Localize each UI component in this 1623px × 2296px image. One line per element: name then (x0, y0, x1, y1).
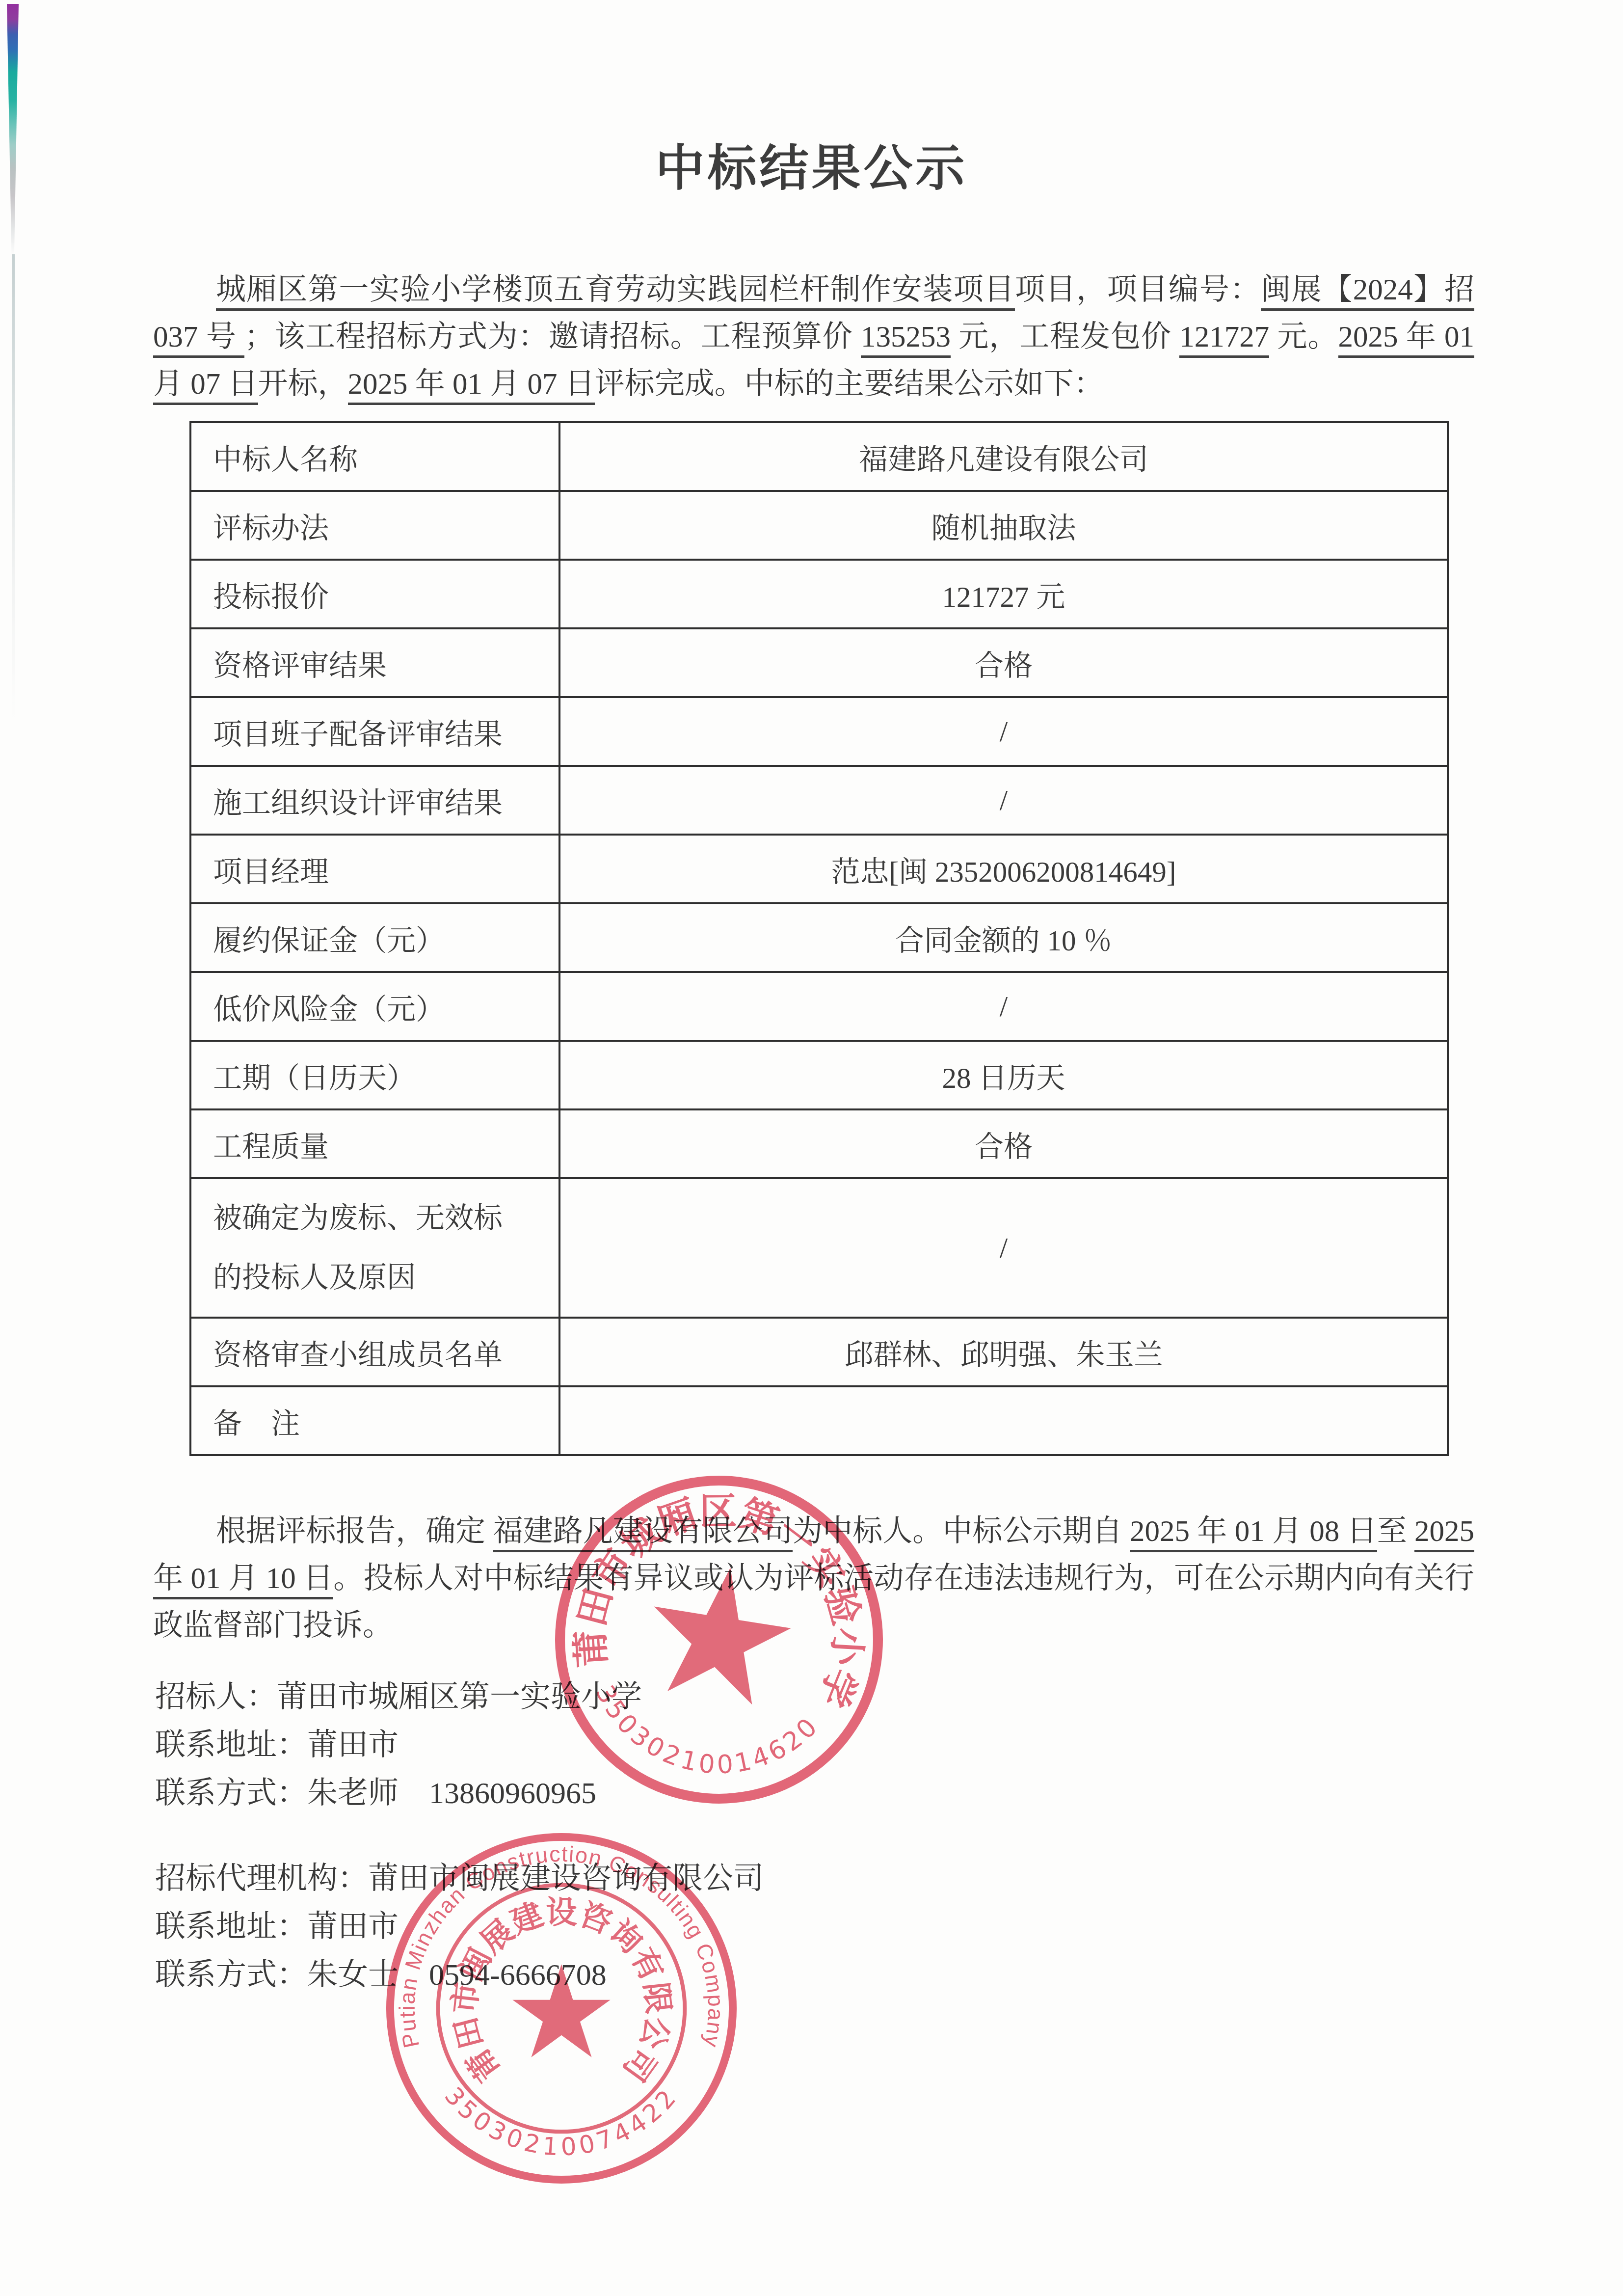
table-row-label: 低价风险金（元） (191, 973, 560, 1040)
table-row-label: 项目经理 (191, 836, 560, 902)
table-row-label: 投标报价 (191, 561, 560, 627)
text-segment: 根据评标报告，确定 (216, 1515, 493, 1548)
table-row-value (560, 1387, 1447, 1454)
table-row: 项目班子配备评审结果 / (191, 696, 1447, 765)
underlined-text-segment: 城厢区第一实验小学楼顶五育劳动实践园栏杆制作安装项目 (216, 273, 1015, 311)
text-segment: 元，工程发包价 (951, 321, 1179, 353)
table-row-label: 资格审查小组成员名单 (191, 1319, 560, 1385)
table-row-value: 28 日历天 (560, 1042, 1447, 1108)
seal-agency-number: 35030210074422 (439, 2081, 684, 2161)
table-row-label: 施工组织设计评审结果 (191, 767, 560, 834)
table-row: 履约保证金（元） 合同金额的 10 ％ (191, 902, 1447, 971)
table-row-value: 范忠[闽 2352006200814649] (560, 836, 1447, 902)
official-seal-agency: Putian Minzhan Construction Consulting C… (380, 1827, 743, 2189)
table-row: 项目经理 范忠[闽 2352006200814649] (191, 834, 1447, 902)
table-row-value: 邱群林、邱明强、朱玉兰 (560, 1319, 1447, 1385)
text-segment: ；该工程招标方式为：邀请招标。工程预算价 (244, 321, 861, 353)
text-segment: 项目，项目编号： (1015, 273, 1261, 306)
table-row-label: 资格评审结果 (191, 629, 560, 696)
underlined-text-segment: 121727 (1179, 321, 1269, 358)
table-row: 中标人名称 福建路凡建设有限公司 (191, 423, 1447, 490)
text-segment: 开标， (258, 368, 348, 401)
text-segment: 至 (1377, 1515, 1414, 1548)
official-seal-school: 莆田市城厢区第一实验小学 35030210014620 (550, 1470, 888, 1809)
table-row-value: 合同金额的 10 ％ (560, 904, 1447, 971)
table-row-label: 中标人名称 (191, 423, 560, 490)
table-row-label: 履约保证金（元） (191, 904, 560, 971)
document-title: 中标结果公示 (0, 129, 1623, 199)
table-row: 投标报价 121727 元 (191, 559, 1447, 627)
table-row-value: / (560, 698, 1447, 765)
underlined-text-segment: 2025 年 01 月 08 日 (1130, 1515, 1377, 1552)
underlined-text-segment: 2025 年 01 月 07 日 (348, 368, 595, 405)
table-row-label: 备 注 (191, 1387, 560, 1454)
table-row-value: 合格 (560, 629, 1447, 696)
bid-result-table: 中标人名称 福建路凡建设有限公司 评标办法 随机抽取法 投标报价 121727 … (189, 421, 1449, 1456)
table-row-value: 福建路凡建设有限公司 (560, 423, 1447, 490)
table-row-label: 工期（日历天） (191, 1042, 560, 1108)
star-icon (512, 1964, 610, 2057)
table-row-value: 121727 元 (560, 561, 1447, 627)
star-icon (641, 1557, 799, 1709)
table-row-label: 被确定为废标、无效标的投标人及原因 (191, 1179, 560, 1317)
table-row: 施工组织设计评审结果 / (191, 765, 1447, 834)
table-row: 资格审查小组成员名单 邱群林、邱明强、朱玉兰 (191, 1317, 1447, 1385)
table-row-value: / (560, 973, 1447, 1040)
table-row: 资格评审结果 合格 (191, 627, 1447, 696)
table-row-label: 评标办法 (191, 492, 560, 559)
table-row: 工期（日历天） 28 日历天 (191, 1040, 1447, 1108)
table-row-value: / (560, 767, 1447, 834)
table-row-label: 工程质量 (191, 1110, 560, 1177)
text-segment: 评标完成。中标的主要结果公示如下： (595, 368, 1104, 401)
table-row: 被确定为废标、无效标的投标人及原因 / (191, 1177, 1447, 1317)
table-row: 低价风险金（元） / (191, 971, 1447, 1040)
intro-paragraph: 城厢区第一实验小学楼顶五育劳动实践园栏杆制作安装项目项目，项目编号：闽展【202… (153, 267, 1474, 408)
underlined-text-segment: 135253 (861, 321, 951, 358)
text-segment: 元。 (1269, 321, 1338, 353)
table-row-value: 随机抽取法 (560, 492, 1447, 559)
scanned-document-page: 中标结果公示 城厢区第一实验小学楼顶五育劳动实践园栏杆制作安装项目项目，项目编号… (0, 0, 1623, 2296)
table-row-value: 合格 (560, 1110, 1447, 1177)
scanner-stripe-tail (12, 254, 15, 721)
table-row: 评标办法 随机抽取法 (191, 490, 1447, 559)
table-row-label: 项目班子配备评审结果 (191, 698, 560, 765)
table-row-value: / (560, 1179, 1447, 1317)
svg-text:35030210074422: 35030210074422 (439, 2081, 684, 2161)
table-row: 工程质量 合格 (191, 1108, 1447, 1177)
table-row: 备 注 (191, 1385, 1447, 1454)
